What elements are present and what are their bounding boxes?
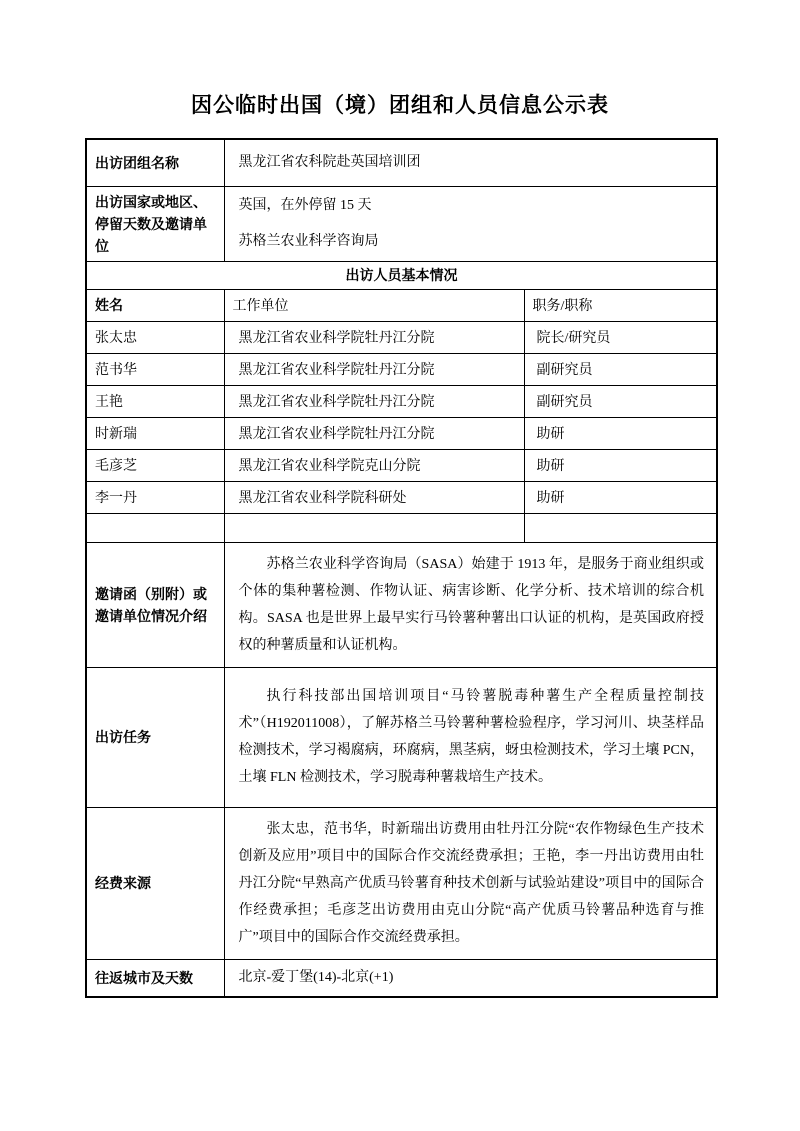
col-header-name: 姓名 [86,289,224,321]
person-unit: 黑龙江省农业科学院牡丹江分院 [224,321,524,353]
person-row: 范书华 黑龙江省农业科学院牡丹江分院 副研究员 [86,353,717,385]
person-title [524,513,717,542]
person-unit: 黑龙江省农业科学院牡丹江分院 [224,417,524,449]
person-row-empty [86,513,717,542]
personnel-section-header: 出访人员基本情况 [86,261,717,289]
person-row: 毛彦芝 黑龙江省农业科学院克山分院 助研 [86,449,717,481]
person-unit: 黑龙江省农业科学院牡丹江分院 [224,353,524,385]
info-table: 出访团组名称 黑龙江省农科院赴英国培训团 出访国家或地区、停留天数及邀请单位 英… [85,138,718,998]
funding-label: 经费来源 [86,807,224,959]
person-row: 王艳 黑龙江省农业科学院牡丹江分院 副研究员 [86,385,717,417]
person-name: 王艳 [86,385,224,417]
funding-paragraph: 张太忠，范书华，时新瑞出访费用由牡丹江分院“农作物绿色生产技术创新及应用”项目中… [239,816,705,951]
person-unit: 黑龙江省农业科学院克山分院 [224,449,524,481]
person-unit: 黑龙江省农业科学院科研处 [224,481,524,513]
group-name-value: 黑龙江省农科院赴英国培训团 [224,139,717,186]
person-name: 李一丹 [86,481,224,513]
person-unit [224,513,524,542]
route-value: 北京-爱丁堡(14)-北京(+1) [224,959,717,997]
page-title: 因公临时出国（境）团组和人员信息公示表 [0,89,800,119]
destination-value: 英国，在外停留 15 天 苏格兰农业科学咨询局 [224,186,717,261]
row-route: 往返城市及天数 北京-爱丁堡(14)-北京(+1) [86,959,717,997]
person-name: 毛彦芝 [86,449,224,481]
destination-label: 出访国家或地区、停留天数及邀请单位 [86,186,224,261]
person-title: 副研究员 [524,353,717,385]
person-name: 张太忠 [86,321,224,353]
row-group-name: 出访团组名称 黑龙江省农科院赴英国培训团 [86,139,717,186]
mission-paragraph: 执行科技部出国培训项目“马铃薯脱毒种薯生产全程质量控制技术”（H19201100… [239,683,705,791]
funding-value: 张太忠，范书华，时新瑞出访费用由牡丹江分院“农作物绿色生产技术创新及应用”项目中… [224,807,717,959]
person-name: 时新瑞 [86,417,224,449]
person-row: 李一丹 黑龙江省农业科学院科研处 助研 [86,481,717,513]
row-mission: 出访任务 执行科技部出国培训项目“马铃薯脱毒种薯生产全程质量控制技术”（H192… [86,667,717,807]
row-personnel-columns: 姓名 工作单位 职务/职称 [86,289,717,321]
destination-line1: 英国，在外停留 15 天 [239,195,707,217]
person-row: 时新瑞 黑龙江省农业科学院牡丹江分院 助研 [86,417,717,449]
person-title: 助研 [524,417,717,449]
row-personnel-section-header: 出访人员基本情况 [86,261,717,289]
person-name [86,513,224,542]
person-title: 助研 [524,481,717,513]
route-label: 往返城市及天数 [86,959,224,997]
group-name-label: 出访团组名称 [86,139,224,186]
document-page: { "page": { "title": "因公临时出国（境）团组和人员信息公示… [0,0,800,1131]
mission-label: 出访任务 [86,667,224,807]
invitation-paragraph: 苏格兰农业科学咨询局（SASA）始建于 1913 年，是服务于商业组织或个体的集… [239,551,705,659]
person-row: 张太忠 黑龙江省农业科学院牡丹江分院 院长/研究员 [86,321,717,353]
person-title: 院长/研究员 [524,321,717,353]
destination-line2: 苏格兰农业科学咨询局 [239,231,707,253]
col-header-title: 职务/职称 [524,289,717,321]
row-destination: 出访国家或地区、停留天数及邀请单位 英国，在外停留 15 天 苏格兰农业科学咨询… [86,186,717,261]
person-title: 副研究员 [524,385,717,417]
person-title: 助研 [524,449,717,481]
row-funding: 经费来源 张太忠，范书华，时新瑞出访费用由牡丹江分院“农作物绿色生产技术创新及应… [86,807,717,959]
person-unit: 黑龙江省农业科学院牡丹江分院 [224,385,524,417]
col-header-unit: 工作单位 [224,289,524,321]
invitation-value: 苏格兰农业科学咨询局（SASA）始建于 1913 年，是服务于商业组织或个体的集… [224,542,717,667]
row-invitation: 邀请函（别附）或邀请单位情况介绍 苏格兰农业科学咨询局（SASA）始建于 191… [86,542,717,667]
mission-value: 执行科技部出国培训项目“马铃薯脱毒种薯生产全程质量控制技术”（H19201100… [224,667,717,807]
person-name: 范书华 [86,353,224,385]
invitation-label: 邀请函（别附）或邀请单位情况介绍 [86,542,224,667]
